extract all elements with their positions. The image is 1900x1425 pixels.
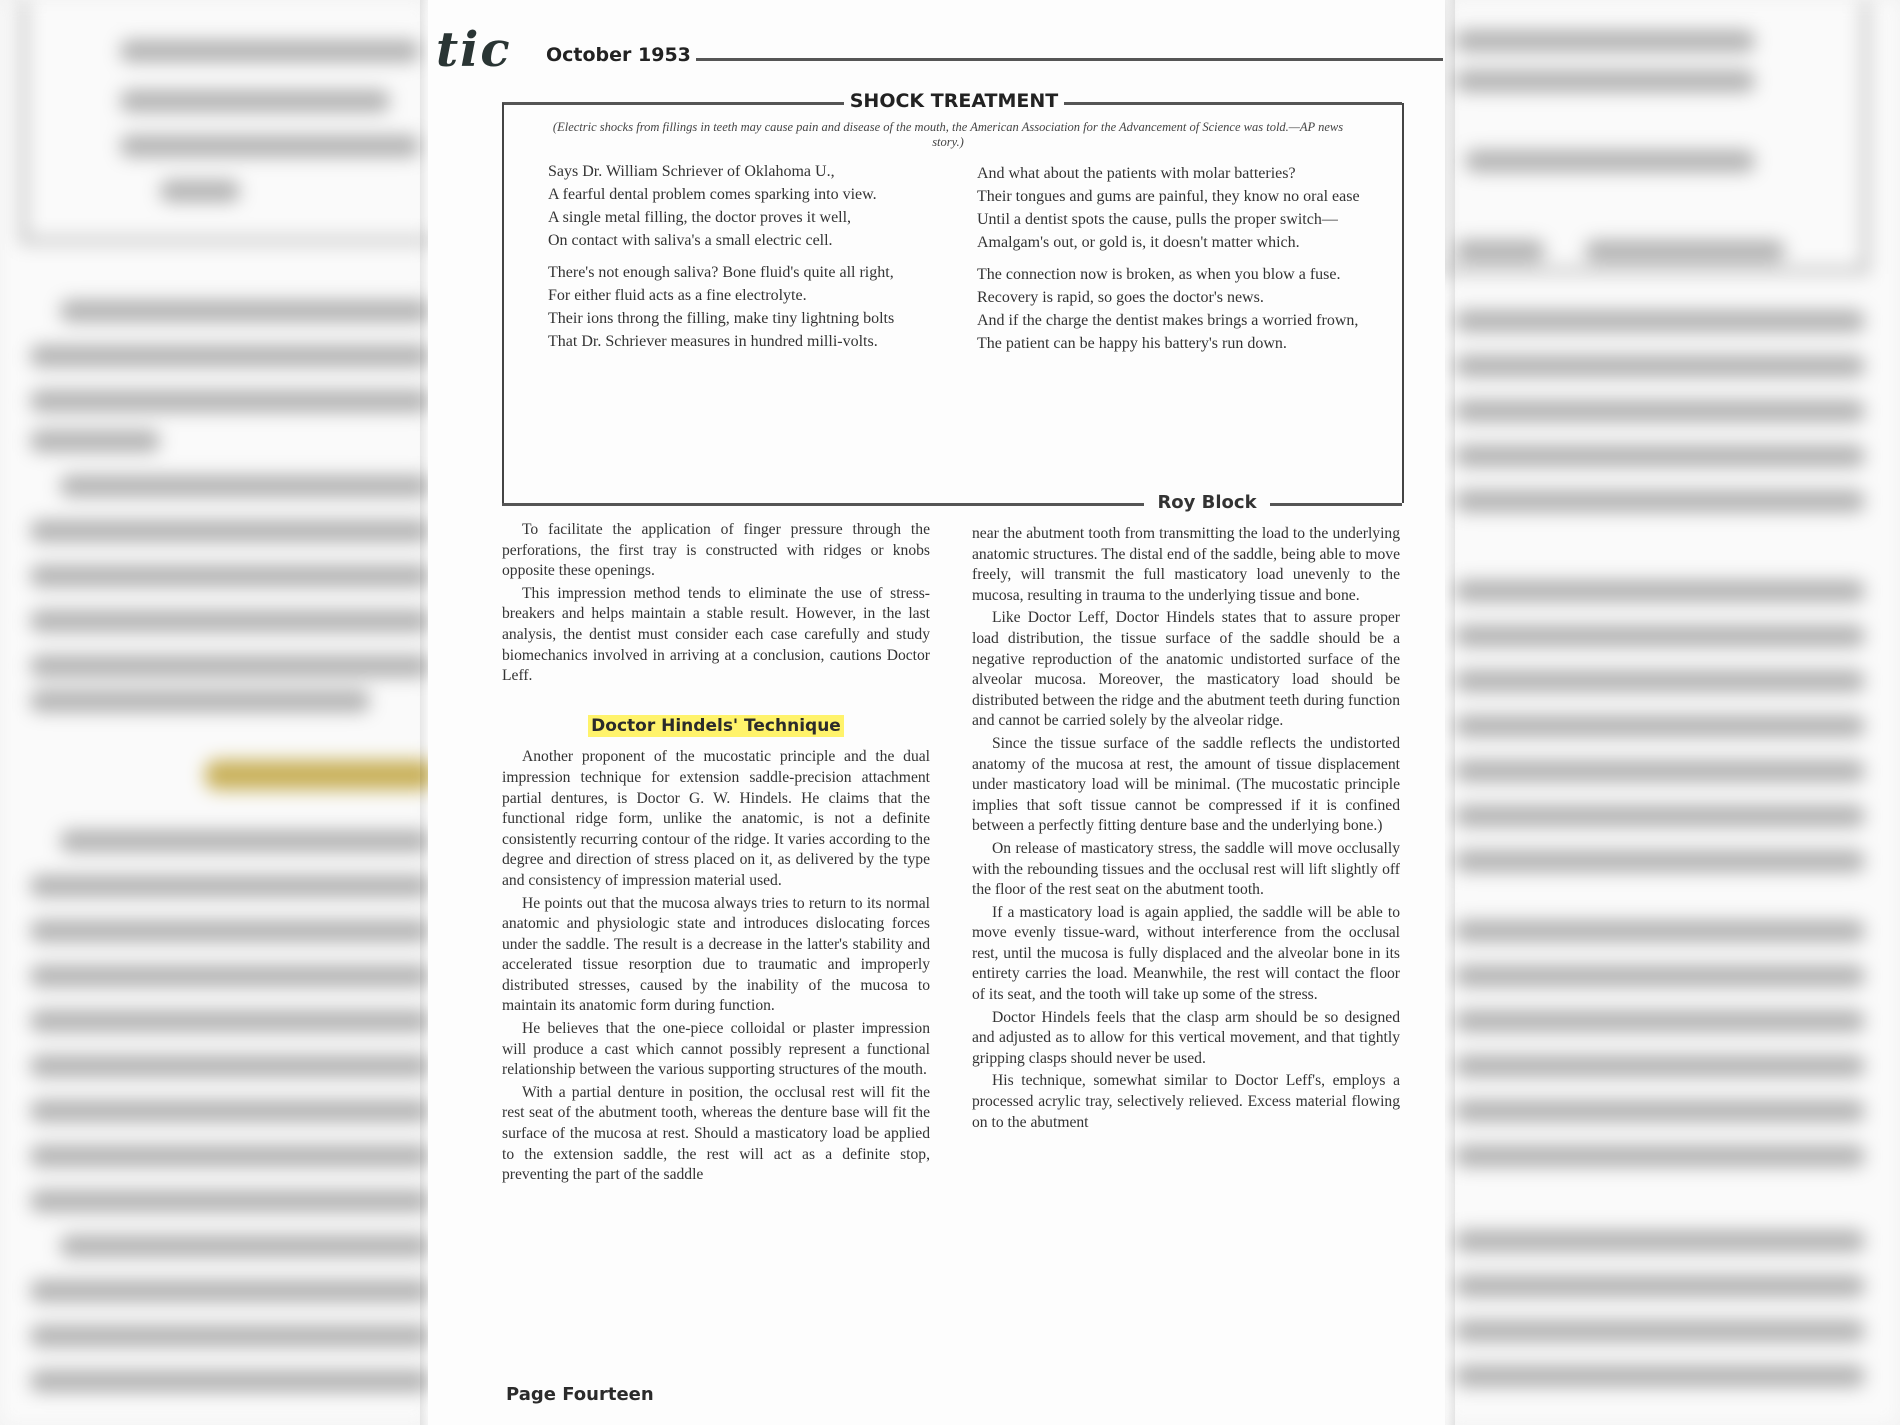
poem-stanza: The connection now is broken, as when yo… — [977, 265, 1362, 354]
article-paragraph: Since the tissue surface of the saddle r… — [972, 734, 1400, 837]
article-paragraph: To facilitate the application of finger … — [502, 520, 930, 582]
poem-verse: There's not enough saliva? Bone fluid's … — [548, 263, 933, 283]
poem-subtitle: (Electric shocks from fillings in teeth … — [538, 120, 1358, 150]
poem-verse: Their ions throng the filling, make tiny… — [548, 309, 933, 329]
article-paragraph: He believes that the one-piece colloidal… — [502, 1019, 930, 1081]
article-paragraph: Doctor Hindels feels that the clasp arm … — [972, 1008, 1400, 1070]
article-paragraph: On release of masticatory stress, the sa… — [972, 839, 1400, 901]
issue-date: October 1953 — [546, 44, 691, 66]
magazine-logo-fragment: tic — [436, 22, 512, 78]
poem-verse: For either fluid acts as a fine electrol… — [548, 286, 933, 306]
page-number-label: Page Fourteen — [506, 1384, 654, 1405]
article-paragraph: His technique, somewhat similar to Docto… — [972, 1071, 1400, 1133]
poem-verse: Recovery is rapid, so goes the doctor's … — [977, 288, 1362, 308]
article-left-column: To facilitate the application of finger … — [502, 520, 930, 1188]
article-right-column: near the abutment tooth from transmittin… — [972, 524, 1400, 1135]
poem-verse: And if the charge the dentist makes brin… — [977, 311, 1362, 331]
document-page: tic October 1953 SHOCK TREATMENT (Electr… — [428, 0, 1445, 1425]
poem-verse: And what about the patients with molar b… — [977, 164, 1362, 184]
article-paragraph: This impression method tends to eliminat… — [502, 584, 930, 687]
header-rule — [696, 58, 1443, 61]
subhead-container: Doctor Hindels' Technique — [502, 715, 930, 738]
article-paragraph: He points out that the mucosa always tri… — [502, 894, 930, 1018]
poem-stanza: Says Dr. William Schriever of Oklahoma U… — [548, 162, 933, 251]
poem-author: Roy Block — [1144, 492, 1270, 513]
poem-verse: Says Dr. William Schriever of Oklahoma U… — [548, 162, 933, 182]
poem-right-column: And what about the patients with molar b… — [977, 164, 1362, 366]
article-paragraph: With a partial denture in position, the … — [502, 1083, 930, 1186]
poem-verse: That Dr. Schriever measures in hundred m… — [548, 332, 933, 352]
poem-verse: Amalgam's out, or gold is, it doesn't ma… — [977, 233, 1362, 253]
blurred-right-page — [1445, 0, 1900, 1425]
article-paragraph: Like Doctor Leff, Doctor Hindels states … — [972, 608, 1400, 732]
poem-verse: Their tongues and gums are painful, they… — [977, 187, 1362, 207]
poem-box-bottom-rule-left — [502, 503, 1144, 506]
poem-left-column: Says Dr. William Schriever of Oklahoma U… — [548, 162, 933, 364]
article-paragraph: If a masticatory load is again applied, … — [972, 903, 1400, 1006]
poem-verse: The connection now is broken, as when yo… — [977, 265, 1362, 285]
poem-verse: A fearful dental problem comes sparking … — [548, 185, 933, 205]
article-paragraph-continuation: near the abutment tooth from transmittin… — [972, 524, 1400, 606]
article-paragraph: Another proponent of the mucostatic prin… — [502, 747, 930, 891]
poem-stanza: And what about the patients with molar b… — [977, 164, 1362, 253]
poem-verse: The patient can be happy his battery's r… — [977, 334, 1362, 354]
poem-verse: Until a dentist spots the cause, pulls t… — [977, 210, 1362, 230]
blurred-left-page — [0, 0, 430, 1425]
masthead: tic October 1953 — [428, 22, 1445, 72]
poem-box-bottom-rule-right — [1270, 503, 1402, 506]
highlighted-subhead: Doctor Hindels' Technique — [588, 715, 844, 738]
poem-stanza: There's not enough saliva? Bone fluid's … — [548, 263, 933, 352]
poem-verse: A single metal filling, the doctor prove… — [548, 208, 933, 228]
poem-verse: On contact with saliva's a small electri… — [548, 231, 933, 251]
